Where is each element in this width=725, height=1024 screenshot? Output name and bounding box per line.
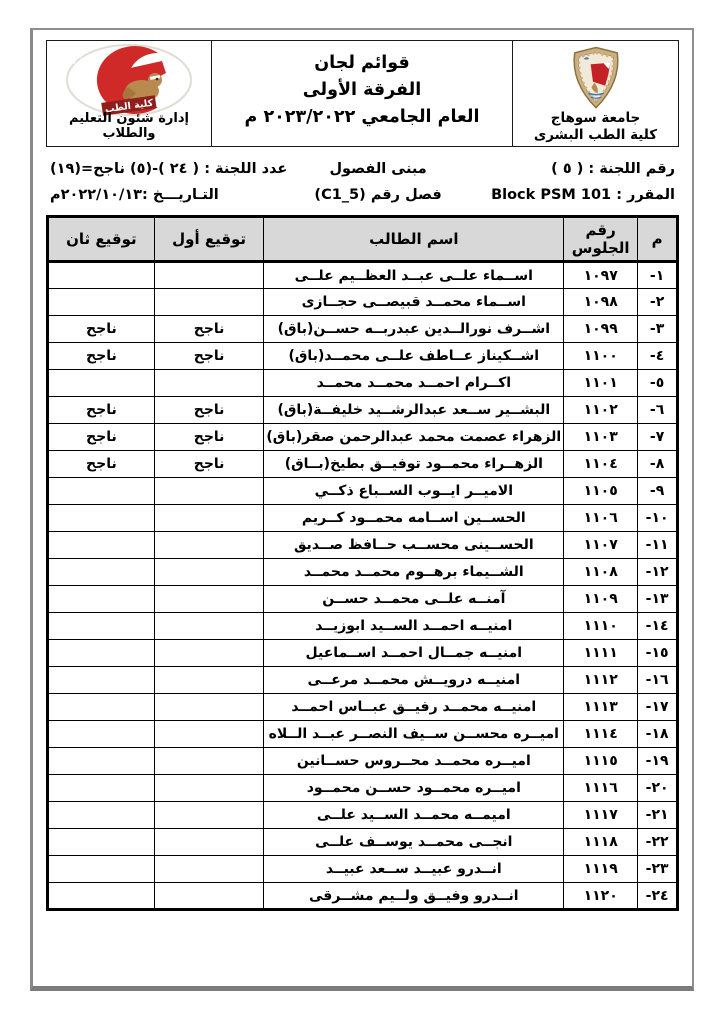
row-seat-number: ١٠٩٧ [564, 262, 638, 289]
row-second-signature: ناجح [48, 397, 155, 424]
row-second-signature: ناجح [48, 424, 155, 451]
students-table-header: م رقم الجلوس اسم الطالب توقيع أول توقيع … [48, 217, 678, 262]
row-student-name: اميــره محســن ســيف النصــر عبــد الــل… [264, 721, 564, 748]
row-first-signature: ناجح [154, 424, 264, 451]
row-seat-number: ١١٠٢ [564, 397, 638, 424]
row-first-signature: ناجح [154, 397, 264, 424]
row-seat-number: ١٠٩٨ [564, 289, 638, 316]
page-border-frame: جامعة سوهاج كلية الطب البشرى قوائم لجان … [30, 28, 694, 991]
row-student-name: اكــرام احمــد محمــد محمــد [264, 370, 564, 397]
row-second-signature [48, 640, 155, 667]
students-table-body: ١-١٠٩٧اســماء علــى عبــد العظــيم علــى… [48, 262, 678, 910]
student-row: ٢-١٠٩٨اســماء محمــد قبيصــى حجــازى [48, 289, 678, 316]
row-first-signature [154, 478, 264, 505]
row-student-name: الزهراء عصمت محمد عبدالرحمن صقر(باق) [264, 424, 564, 451]
row-seat-number: ١١٠٤ [564, 451, 638, 478]
row-serial: ٢- [638, 289, 678, 316]
row-serial: ٧- [638, 424, 678, 451]
row-second-signature [48, 370, 155, 397]
committee-info-section: رقم اللجنة : ( ٥ ) المقرر : Block PSM 10… [50, 156, 675, 208]
row-serial: ١٧- [638, 694, 678, 721]
row-second-signature [48, 883, 155, 910]
faculty-red-crescent-icon: جامعة سوهاج كلية الطب [62, 43, 196, 119]
row-first-signature [154, 829, 264, 856]
row-serial: ٥- [638, 370, 678, 397]
row-serial: ٦- [638, 397, 678, 424]
student-row: ١٠-١١٠٦الحســين اســامه محمــود كــريم [48, 505, 678, 532]
row-seat-number: ١١١٤ [564, 721, 638, 748]
student-row: ٩-١١٠٥الاميــر ايــوب الســباع ذكــي [48, 478, 678, 505]
row-student-name: الحســينى محســب حــافظ صــديق [264, 532, 564, 559]
row-student-name: اســماء محمــد قبيصــى حجــازى [264, 289, 564, 316]
row-first-signature [154, 775, 264, 802]
row-student-name: الحســين اســامه محمــود كــريم [264, 505, 564, 532]
exam-date: التـاريـــخ :٢٠٢٢/١٠/١٣م [50, 182, 300, 208]
column-header-seat-number: رقم الجلوس [564, 217, 638, 262]
row-serial: ٢٤- [638, 883, 678, 910]
row-second-signature: ناجح [48, 316, 155, 343]
administration-header-cell: جامعة سوهاج كلية الطب إدارة شئون التعليم… [47, 41, 211, 146]
course-name: المقرر : Block PSM 101 [456, 182, 675, 208]
committee-info-center-column: مبنى الفصول فصل رقم (C1_5) [300, 156, 456, 208]
document-title-cell: قوائم لجان الفرقة الأولى العام الجامعي ٢… [211, 41, 512, 146]
column-header-student-name: اسم الطالب [264, 217, 564, 262]
row-student-name: الاميــر ايــوب الســباع ذكــي [264, 478, 564, 505]
row-first-signature: ناجح [154, 343, 264, 370]
committee-info-right-column: رقم اللجنة : ( ٥ ) المقرر : Block PSM 10… [456, 156, 675, 208]
student-row: ١٢-١١٠٨الشــيماء برهــوم محمــد محمــد [48, 559, 678, 586]
row-serial: ١١- [638, 532, 678, 559]
title-line-2: الفرقة الأولى [212, 77, 512, 104]
row-serial: ١٠- [638, 505, 678, 532]
row-first-signature [154, 748, 264, 775]
row-serial: ٤- [638, 343, 678, 370]
row-student-name: اســماء علــى عبــد العظــيم علــى [264, 262, 564, 289]
row-seat-number: ١١١٧ [564, 802, 638, 829]
row-seat-number: ١١١٦ [564, 775, 638, 802]
row-second-signature [48, 262, 155, 289]
row-student-name: امنيــه محمــد رفيــق عبــاس احمــد [264, 694, 564, 721]
row-serial: ٢٢- [638, 829, 678, 856]
row-second-signature [48, 478, 155, 505]
row-first-signature [154, 802, 264, 829]
row-serial: ٢١- [638, 802, 678, 829]
student-row: ٢٣-١١١٩انــدرو عبيــد ســعد عبيــد [48, 856, 678, 883]
row-second-signature: ناجح [48, 343, 155, 370]
student-row: ٨-١١٠٤الزهــراء محمــود توفيــق بطيخ(بــ… [48, 451, 678, 478]
row-second-signature [48, 505, 155, 532]
row-second-signature [48, 802, 155, 829]
row-seat-number: ١١١٠ [564, 613, 638, 640]
row-first-signature [154, 667, 264, 694]
row-serial: ١٢- [638, 559, 678, 586]
column-header-serial: م [638, 217, 678, 262]
row-student-name: انجــى محمــد يوســف علــى [264, 829, 564, 856]
row-first-signature: ناجح [154, 451, 264, 478]
row-seat-number: ١١١٢ [564, 667, 638, 694]
row-second-signature: ناجح [48, 451, 155, 478]
row-seat-number: ١١٠١ [564, 370, 638, 397]
student-row: ٣-١٠٩٩اشــرف نورالــدين عبدربــه حســن(ب… [48, 316, 678, 343]
row-first-signature [154, 721, 264, 748]
committee-number: رقم اللجنة : ( ٥ ) [456, 156, 675, 182]
row-first-signature: ناجح [154, 316, 264, 343]
row-seat-number: ١١١٩ [564, 856, 638, 883]
row-serial: ١- [638, 262, 678, 289]
university-crest-icon [565, 46, 627, 110]
row-second-signature [48, 829, 155, 856]
row-seat-number: ١١٢٠ [564, 883, 638, 910]
row-first-signature [154, 856, 264, 883]
column-header-second-signature: توقيع ثان [48, 217, 155, 262]
row-serial: ١٨- [638, 721, 678, 748]
column-header-first-signature: توقيع أول [154, 217, 264, 262]
student-row: ١١-١١٠٧الحســينى محســب حــافظ صــديق [48, 532, 678, 559]
student-row: ٢٢-١١١٨انجــى محمــد يوســف علــى [48, 829, 678, 856]
row-student-name: آمنــه علــى محمــد حســن [264, 586, 564, 613]
row-second-signature [48, 667, 155, 694]
student-row: ١٩-١١١٥اميــره محمــد محــروس حســانين [48, 748, 678, 775]
row-first-signature [154, 640, 264, 667]
student-row: ٦-١١٠٢البشــير ســعد عبدالرشــيد خليفــة… [48, 397, 678, 424]
row-student-name: امنيــه احمــد الســيد ابوزيــد [264, 613, 564, 640]
row-first-signature [154, 370, 264, 397]
row-first-signature [154, 289, 264, 316]
faculty-name: كلية الطب البشرى [534, 127, 657, 144]
row-second-signature [48, 721, 155, 748]
row-student-name: اشــكيناز عــاطف علــى محمــد(باق) [264, 343, 564, 370]
row-second-signature [48, 559, 155, 586]
title-line-1: قوائم لجان [212, 50, 512, 77]
document-header: جامعة سوهاج كلية الطب البشرى قوائم لجان … [46, 40, 679, 147]
row-serial: ٣- [638, 316, 678, 343]
row-serial: ١٩- [638, 748, 678, 775]
row-serial: ١٥- [638, 640, 678, 667]
row-student-name: الشــيماء برهــوم محمــد محمــد [264, 559, 564, 586]
row-serial: ٢٠- [638, 775, 678, 802]
row-student-name: اميمــه محمــد الســيد علــى [264, 802, 564, 829]
row-first-signature [154, 262, 264, 289]
row-seat-number: ١٠٩٩ [564, 316, 638, 343]
student-row: ١٨-١١١٤اميــره محســن ســيف النصــر عبــ… [48, 721, 678, 748]
document-page: جامعة سوهاج كلية الطب البشرى قوائم لجان … [0, 0, 725, 1024]
row-serial: ١٦- [638, 667, 678, 694]
row-student-name: اميــره محمــد محــروس حســانين [264, 748, 564, 775]
administration-caption: إدارة شئون التعليم والطلاب [47, 111, 211, 141]
row-second-signature [48, 748, 155, 775]
row-student-name: انــدرو وفيــق ولــيم مشــرقى [264, 883, 564, 910]
building-name: مبنى الفصول [300, 156, 456, 182]
committee-count: عدد اللجنة : ( ٢٤ )-(٥) ناجح=(١٩) [50, 156, 300, 182]
student-row: ١٣-١١٠٩آمنــه علــى محمــد حســن [48, 586, 678, 613]
row-second-signature [48, 613, 155, 640]
row-student-name: البشــير ســعد عبدالرشــيد خليفــة(باق) [264, 397, 564, 424]
student-row: ٢٤-١١٢٠انــدرو وفيــق ولــيم مشــرقى [48, 883, 678, 910]
row-second-signature [48, 694, 155, 721]
row-seat-number: ١١٠٠ [564, 343, 638, 370]
row-seat-number: ١١١٨ [564, 829, 638, 856]
row-serial: ١٣- [638, 586, 678, 613]
row-student-name: انــدرو عبيــد ســعد عبيــد [264, 856, 564, 883]
row-seat-number: ١١٠٨ [564, 559, 638, 586]
title-line-3: العام الجامعي ٢٠٢٣/٢٠٢٢ م [212, 104, 512, 131]
student-row: ٢١-١١١٧اميمــه محمــد الســيد علــى [48, 802, 678, 829]
row-first-signature [154, 532, 264, 559]
header-row: م رقم الجلوس اسم الطالب توقيع أول توقيع … [48, 217, 678, 262]
row-first-signature [154, 613, 264, 640]
row-seat-number: ١١٠٩ [564, 586, 638, 613]
row-second-signature [48, 289, 155, 316]
row-seat-number: ١١٠٥ [564, 478, 638, 505]
student-row: ١٦-١١١٢امنيــه درويــش محمــد مرعــى [48, 667, 678, 694]
student-row: ١٥-١١١١امنيــه جمــال احمــد اســماعيل [48, 640, 678, 667]
row-student-name: امنيــه درويــش محمــد مرعــى [264, 667, 564, 694]
room-number: فصل رقم (C1_5) [300, 182, 456, 208]
row-first-signature [154, 694, 264, 721]
student-row: ٢٠-١١١٦اميــره محمــود حســن محمــود [48, 775, 678, 802]
row-second-signature [48, 586, 155, 613]
row-seat-number: ١١١١ [564, 640, 638, 667]
student-row: ٥-١١٠١اكــرام احمــد محمــد محمــد [48, 370, 678, 397]
row-seat-number: ١١٠٧ [564, 532, 638, 559]
row-seat-number: ١١٠٣ [564, 424, 638, 451]
row-second-signature [48, 532, 155, 559]
row-student-name: اشــرف نورالــدين عبدربــه حســن(باق) [264, 316, 564, 343]
row-first-signature [154, 559, 264, 586]
university-name: جامعة سوهاج [551, 110, 641, 127]
student-row: ١٤-١١١٠امنيــه احمــد الســيد ابوزيــد [48, 613, 678, 640]
student-row: ١٧-١١١٣امنيــه محمــد رفيــق عبــاس احمـ… [48, 694, 678, 721]
row-serial: ٩- [638, 478, 678, 505]
university-header-cell: جامعة سوهاج كلية الطب البشرى [512, 41, 678, 146]
row-first-signature [154, 883, 264, 910]
students-table: م رقم الجلوس اسم الطالب توقيع أول توقيع … [46, 215, 679, 911]
committee-info-left-column: عدد اللجنة : ( ٢٤ )-(٥) ناجح=(١٩) التـار… [50, 156, 300, 208]
row-second-signature [48, 856, 155, 883]
row-student-name: الزهــراء محمــود توفيــق بطيخ(بــاق) [264, 451, 564, 478]
row-second-signature [48, 775, 155, 802]
row-first-signature [154, 505, 264, 532]
row-serial: ٨- [638, 451, 678, 478]
row-student-name: امنيــه جمــال احمــد اســماعيل [264, 640, 564, 667]
row-serial: ١٤- [638, 613, 678, 640]
row-seat-number: ١١٠٦ [564, 505, 638, 532]
row-serial: ٢٣- [638, 856, 678, 883]
row-first-signature [154, 586, 264, 613]
student-row: ٤-١١٠٠اشــكيناز عــاطف علــى محمــد(باق)… [48, 343, 678, 370]
row-seat-number: ١١١٣ [564, 694, 638, 721]
student-row: ١-١٠٩٧اســماء علــى عبــد العظــيم علــى [48, 262, 678, 289]
student-row: ٧-١١٠٣الزهراء عصمت محمد عبدالرحمن صقر(با… [48, 424, 678, 451]
row-seat-number: ١١١٥ [564, 748, 638, 775]
row-student-name: اميــره محمــود حســن محمــود [264, 775, 564, 802]
